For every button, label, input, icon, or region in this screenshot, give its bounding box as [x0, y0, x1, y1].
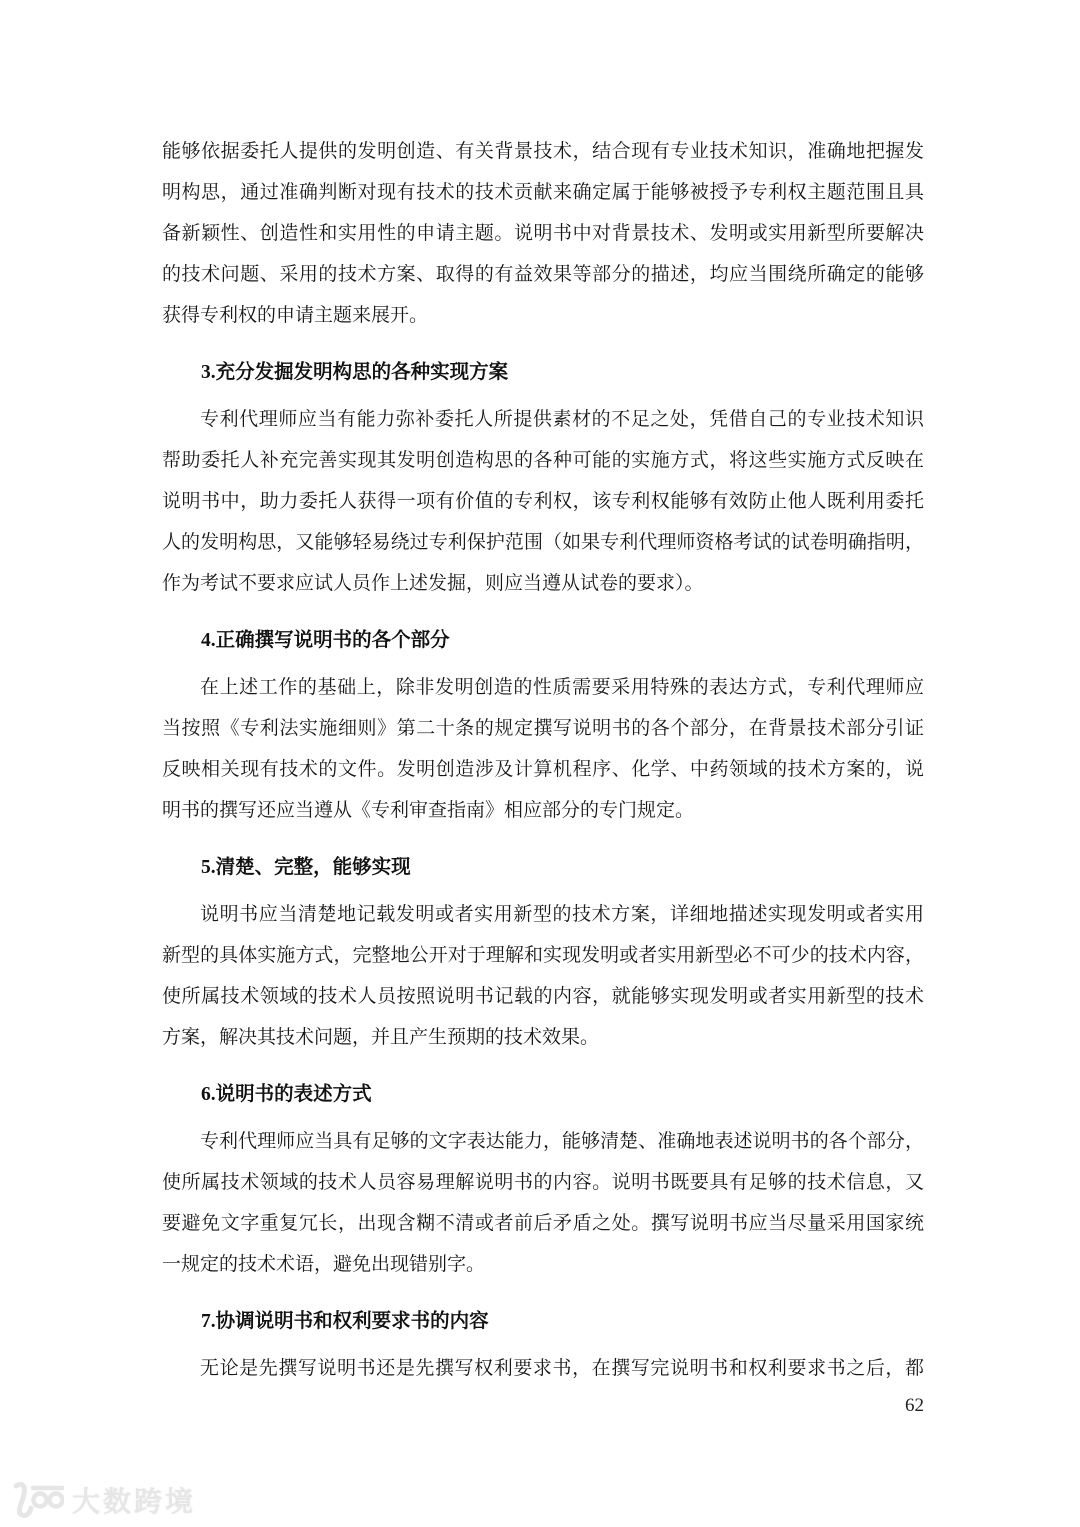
watermark-text: 大数跨境 [72, 1480, 196, 1520]
paragraph: 能够依据委托人提供的发明创造、有关背景技术，结合现有专业技术知识，准确地把握发 … [162, 131, 924, 336]
text-line: 当按照《专利法实施细则》第二十条的规定撰写说明书的各个部分，在背景技术部分引证 [162, 708, 924, 749]
text-line: 一规定的技术术语，避免出现错别字。 [162, 1244, 924, 1285]
text-line: 人的发明构思，又能够轻易绕过专利保护范围（如果专利代理师资格考试的试卷明确指明， [162, 522, 924, 563]
text-line: 备新颖性、创造性和实用性的申请主题。说明书中对背景技术、发明或实用新型所要解决 [162, 213, 924, 254]
text-line: 明构思，通过准确判断对现有技术的技术贡献来确定属于能够被授予专利权主题范围且具 [162, 172, 924, 213]
text-line: 说明书中，助力委托人获得一项有价值的专利权，该专利权能够有效防止他人既利用委托 [162, 481, 924, 522]
text-line: 帮助委托人补充完善实现其发明创造构思的各种可能的实施方式，将这些实施方式反映在 [162, 440, 924, 481]
text-line: 明书的撰写还应当遵从《专利审查指南》相应部分的专门规定。 [162, 790, 924, 831]
text-line: 能够依据委托人提供的发明创造、有关背景技术，结合现有专业技术知识，准确地把握发 [162, 131, 924, 172]
paragraph: 在上述工作的基础上，除非发明创造的性质需要采用特殊的表达方式，专利代理师应 当按… [162, 667, 924, 831]
text-line: 说明书应当清楚地记载发明或者实用新型的技术方案，详细地描述实现发明或者实用 [162, 894, 924, 935]
text-line: 专利代理师应当有能力弥补委托人所提供素材的不足之处，凭借自己的专业技术知识 [162, 399, 924, 440]
paragraph: 专利代理师应当具有足够的文字表达能力，能够清楚、准确地表述说明书的各个部分， 使… [162, 1121, 924, 1285]
watermark-logo-icon [12, 1480, 64, 1520]
document-text: 能够依据委托人提供的发明创造、有关背景技术，结合现有专业技术知识，准确地把握发 … [162, 131, 924, 1389]
text-line: 无论是先撰写说明书还是先撰写权利要求书，在撰写完说明书和权利要求书之后，都 [162, 1348, 924, 1389]
text-line: 专利代理师应当具有足够的文字表达能力，能够清楚、准确地表述说明书的各个部分， [162, 1121, 924, 1162]
paragraph: 说明书应当清楚地记载发明或者实用新型的技术方案，详细地描述实现发明或者实用 新型… [162, 894, 924, 1058]
text-line: 方案，解决其技术问题，并且产生预期的技术效果。 [162, 1017, 924, 1058]
watermark: 大数跨境 [12, 1479, 196, 1521]
paragraph: 专利代理师应当有能力弥补委托人所提供素材的不足之处，凭借自己的专业技术知识 帮助… [162, 399, 924, 604]
page-number: 62 [162, 1391, 924, 1421]
section-heading-6: 6.说明书的表述方式 [162, 1074, 924, 1115]
section-heading-7: 7.协调说明书和权利要求书的内容 [162, 1301, 924, 1342]
text-line: 的技术问题、采用的技术方案、取得的有益效果等部分的描述，均应当围绕所确定的能够 [162, 254, 924, 295]
section-heading-5: 5.清楚、完整，能够实现 [162, 847, 924, 888]
text-line: 在上述工作的基础上，除非发明创造的性质需要采用特殊的表达方式，专利代理师应 [162, 667, 924, 708]
section-heading-3: 3.充分发掘发明构思的各种实现方案 [162, 352, 924, 393]
text-line: 要避免文字重复冗长，出现含糊不清或者前后矛盾之处。撰写说明书应当尽量采用国家统 [162, 1203, 924, 1244]
text-line: 获得专利权的申请主题来展开。 [162, 295, 924, 336]
text-line: 使所属技术领域的技术人员容易理解说明书的内容。说明书既要具有足够的技术信息，又 [162, 1162, 924, 1203]
paragraph: 无论是先撰写说明书还是先撰写权利要求书，在撰写完说明书和权利要求书之后，都 [162, 1348, 924, 1389]
text-line: 新型的具体实施方式，完整地公开对于理解和实现发明或者实用新型必不可少的技术内容， [162, 935, 924, 976]
text-line: 使所属技术领域的技术人员按照说明书记载的内容，就能够实现发明或者实用新型的技术 [162, 976, 924, 1017]
document-page: 能够依据委托人提供的发明创造、有关背景技术，结合现有专业技术知识，准确地把握发 … [0, 0, 1080, 1527]
text-line: 作为考试不要求应试人员作上述发掘，则应当遵从试卷的要求）。 [162, 563, 924, 604]
text-line: 反映相关现有技术的文件。发明创造涉及计算机程序、化学、中药领域的技术方案的，说 [162, 749, 924, 790]
section-heading-4: 4.正确撰写说明书的各个部分 [162, 620, 924, 661]
